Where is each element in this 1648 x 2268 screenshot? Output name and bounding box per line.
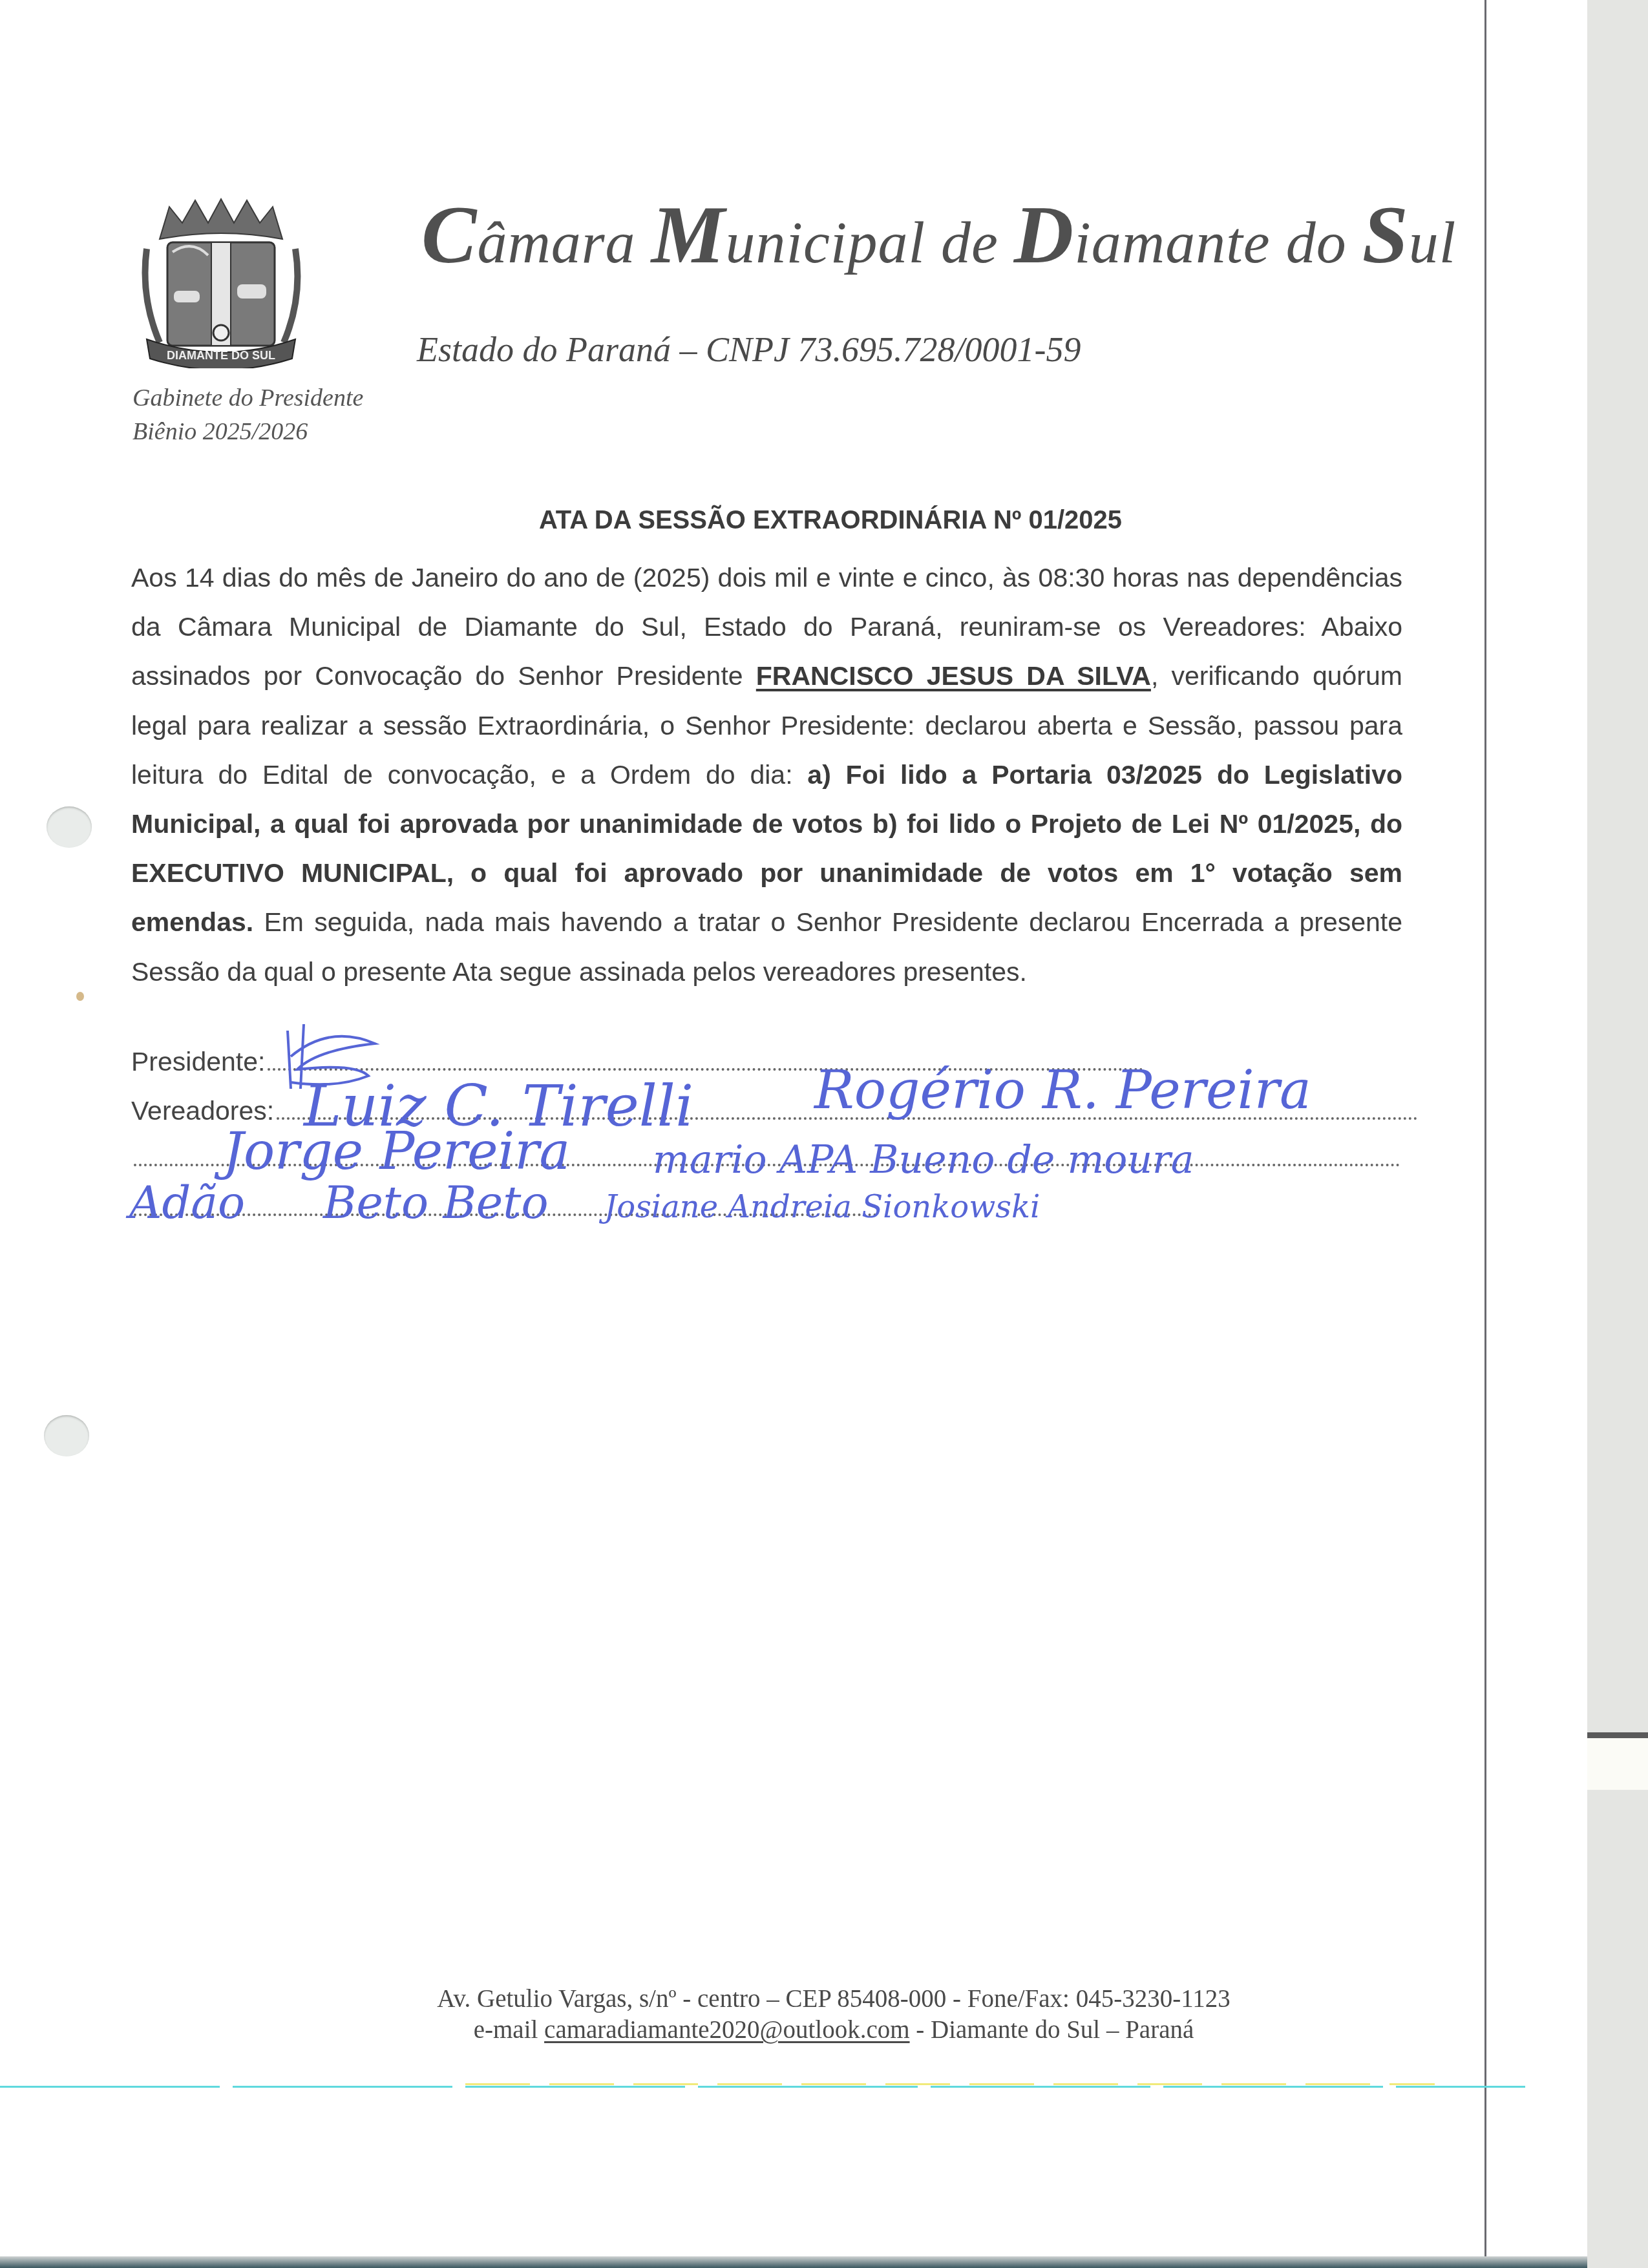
chamber-name-heading: Câmara Municipal de Diamante do Sul — [421, 187, 1456, 282]
punch-hole — [44, 1415, 89, 1456]
president-signature-line: Presidente: — [131, 1047, 1143, 1077]
page-fold-line — [1484, 0, 1486, 2268]
svg-text:DIAMANTE DO SUL: DIAMANTE DO SUL — [167, 349, 275, 362]
cabinet-info: Gabinete do Presidente Biênio 2025/2026 — [132, 381, 363, 448]
minutes-body: Aos 14 dias do mês de Janeiro do ano de … — [131, 553, 1402, 996]
scanner-bottom-edge — [0, 2256, 1587, 2268]
email-link[interactable]: camaradiamante2020@outlook.com — [544, 2016, 909, 2044]
letterhead-footer: Av. Getulio Vargas, s/nº - centro – CEP … — [0, 1984, 1648, 2046]
scan-artifact-line — [465, 2083, 1435, 2085]
signature-line — [131, 1192, 877, 1223]
scanner-edge-bar — [1587, 1732, 1648, 1738]
president-name: FRANCISCO JESUS DA SILVA — [756, 661, 1151, 691]
document-title: ATA DA SESSÃO EXTRAORDINÁRIA Nº 01/2025 — [0, 506, 1648, 535]
biennium-line: Biênio 2025/2026 — [132, 415, 363, 448]
punch-hole — [47, 806, 92, 848]
scanner-edge-strip — [1587, 0, 1648, 2268]
signature-line — [131, 1142, 1400, 1173]
municipal-crest-icon: DIAMANTE DO SUL — [134, 194, 308, 368]
paper-speck — [76, 992, 84, 1001]
cabinet-line: Gabinete do Presidente — [132, 381, 363, 415]
scan-artifact-line — [0, 2086, 1525, 2088]
contact-line: e-mail camaradiamante2020@outlook.com - … — [0, 2015, 1648, 2046]
address-line: Av. Getulio Vargas, s/nº - centro – CEP … — [0, 1984, 1648, 2015]
state-and-cnpj: Estado do Paraná – CNPJ 73.695.728/0001-… — [417, 330, 1081, 370]
councilors-signature-line: Vereadores: — [131, 1096, 1418, 1126]
scanner-edge-highlight — [1587, 1738, 1648, 1790]
